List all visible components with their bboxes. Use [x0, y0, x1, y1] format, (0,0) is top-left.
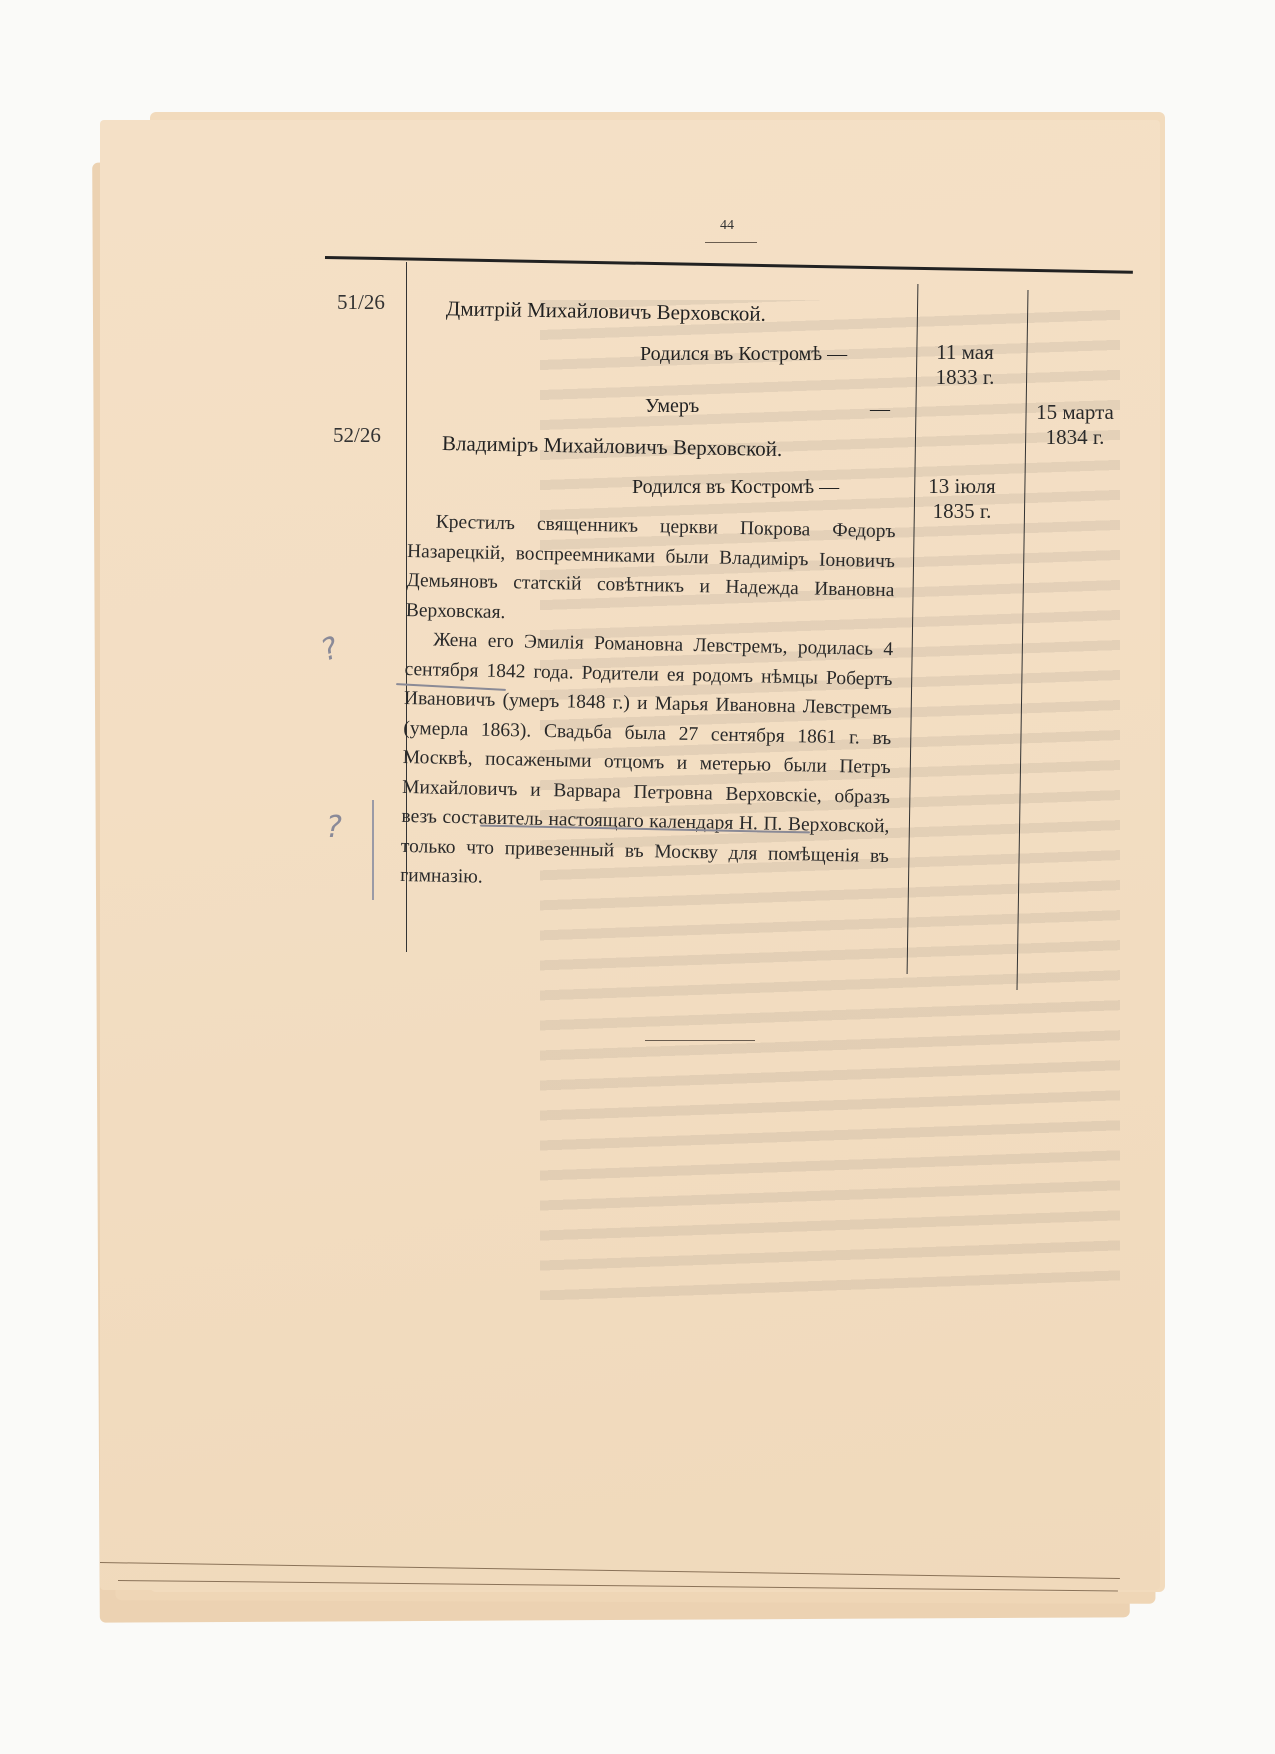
- death-date-year: 1834 г.: [1025, 425, 1125, 450]
- birth-date: 13 іюля 1835 г.: [912, 474, 1012, 524]
- died-label: Умеръ: [645, 395, 699, 418]
- birth-date-year: 1833 г.: [920, 365, 1010, 390]
- entry-number: 51/26: [337, 290, 385, 315]
- entry-body-text: Крестилъ священникъ церкви Покрова Федор…: [400, 507, 896, 901]
- page-number-rule: [705, 242, 757, 243]
- birth-date-day: 13 іюля: [912, 474, 1012, 499]
- section-end-rule: [645, 1040, 755, 1041]
- pencil-question-mark: ?: [326, 810, 342, 845]
- birth-date: 11 мая 1833 г.: [920, 340, 1010, 390]
- death-date-day: 15 марта: [1025, 400, 1125, 425]
- died-dash: —: [870, 398, 890, 421]
- birth-date-day: 11 мая: [920, 340, 1010, 365]
- pencil-margin-line: [372, 800, 374, 900]
- spouse-paragraph: Жена его Эмилія Романовна Левстремъ, род…: [400, 625, 893, 901]
- entry-number: 52/26: [333, 423, 381, 448]
- death-date: 15 марта 1834 г.: [1025, 400, 1125, 450]
- born-label: Родился въ Костромѣ —: [632, 476, 839, 499]
- birth-date-year: 1835 г.: [912, 499, 1012, 524]
- page-number: 44: [720, 218, 734, 234]
- born-label: Родился въ Костромѣ —: [640, 343, 847, 366]
- baptism-paragraph: Крестилъ священникъ церкви Покрова Федор…: [406, 507, 896, 635]
